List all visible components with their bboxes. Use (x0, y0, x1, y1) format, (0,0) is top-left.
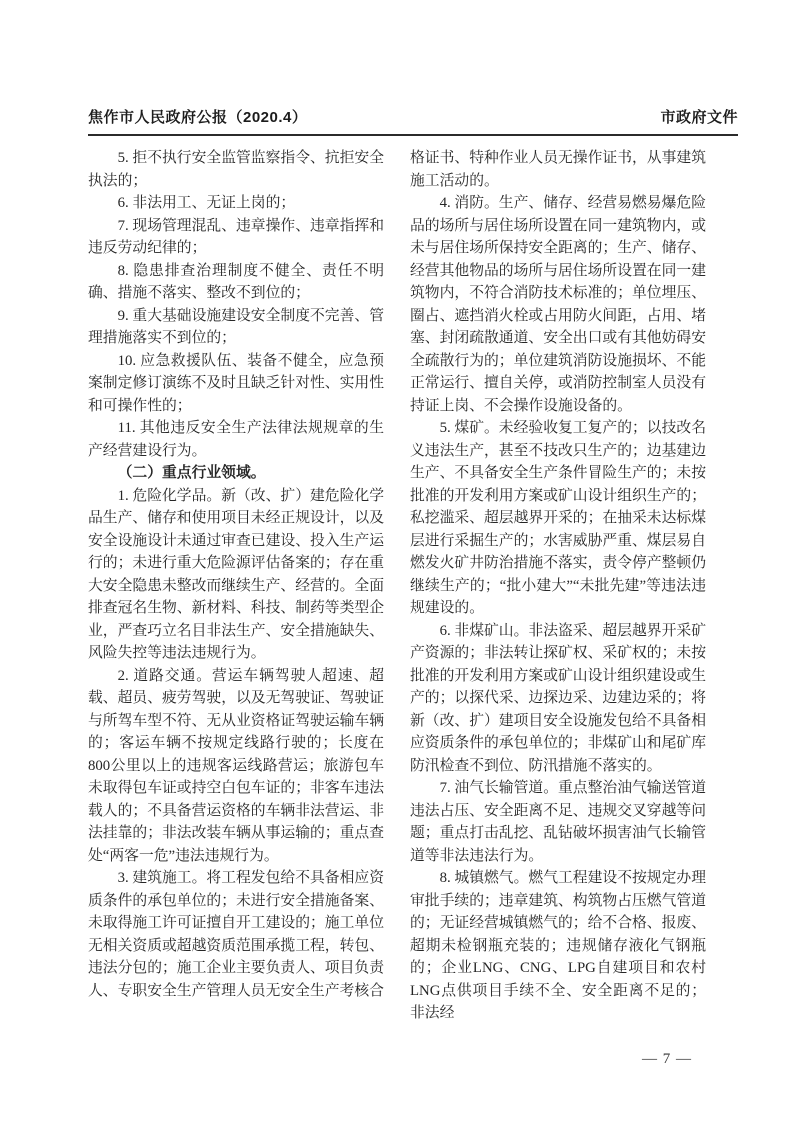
paragraph: 6. 非法用工、无证上岗的； (88, 192, 384, 215)
paragraph: 6. 非煤矿山。非法盗采、超层越界开采矿产资源的；非法转让探矿权、采矿权的；未按… (410, 620, 706, 778)
paragraph: 9. 重大基础设施建设安全制度不完善、管理措施落实不到位的； (88, 305, 384, 350)
paragraph: 4. 消防。生产、储存、经营易燃易爆危险品的场所与居住场所设置在同一建筑物内，或… (410, 192, 706, 417)
paragraph: 11. 其他违反安全生产法律法规规章的生产经营建设行为。 (88, 417, 384, 462)
document-category-label: 市政府文件 (660, 106, 738, 127)
document-page: 焦作市人民政府公报（2020.4） 市政府文件 5. 拒不执行安全监管监察指令、… (0, 0, 793, 1122)
paragraph: 3. 建筑施工。将工程发包给不具备相应资质条件的承包单位的；未进行安全措施备案、… (88, 867, 384, 1002)
page-footer: — 7 — (88, 1051, 738, 1068)
paragraph: 10. 应急救援队伍、装备不健全，应急预案制定修订演练不及时且缺乏针对性、实用性… (88, 350, 384, 418)
page-header: 焦作市人民政府公报（2020.4） 市政府文件 (88, 106, 738, 127)
gazette-title: 焦作市人民政府公报（2020.4） (88, 106, 307, 127)
left-column: 5. 拒不执行安全监管监察指令、抗拒安全执法的；6. 非法用工、无证上岗的；7.… (88, 147, 384, 1025)
paragraph: 7. 油气长输管道。重点整治油气输送管道违法占压、安全距离不足、违规交叉穿越等问… (410, 777, 706, 867)
right-column: 格证书、特种作业人员无操作证书，从事建筑施工活动的。4. 消防。生产、储存、经营… (410, 147, 706, 1025)
paragraph: 2. 道路交通。营运车辆驾驶人超速、超载、超员、疲劳驾驶，以及无驾驶证、驾驶证与… (88, 665, 384, 868)
paragraph: 7. 现场管理混乱、违章操作、违章指挥和违反劳动纪律的； (88, 215, 384, 260)
page-number: — 7 — (642, 1051, 692, 1067)
paragraph: 格证书、特种作业人员无操作证书，从事建筑施工活动的。 (410, 147, 706, 192)
paragraph: 8. 隐患排查治理制度不健全、责任不明确、措施不落实、整改不到位的； (88, 260, 384, 305)
paragraph: （二）重点行业领域。 (88, 462, 384, 485)
document-body: 5. 拒不执行安全监管监察指令、抗拒安全执法的；6. 非法用工、无证上岗的；7.… (88, 147, 738, 1025)
paragraph: 8. 城镇燃气。燃气工程建设不按规定办理审批手续的；违章建筑、构筑物占压燃气管道… (410, 867, 706, 1025)
paragraph: 5. 煤矿。未经验收复工复产的；以技改名义违法生产，甚至不技改只生产的；边基建边… (410, 417, 706, 620)
paragraph: 5. 拒不执行安全监管监察指令、抗拒安全执法的； (88, 147, 384, 192)
paragraph: 1. 危险化学品。新（改、扩）建危险化学品生产、储存和使用项目未经正规设计，以及… (88, 485, 384, 665)
header-rule (88, 134, 738, 136)
